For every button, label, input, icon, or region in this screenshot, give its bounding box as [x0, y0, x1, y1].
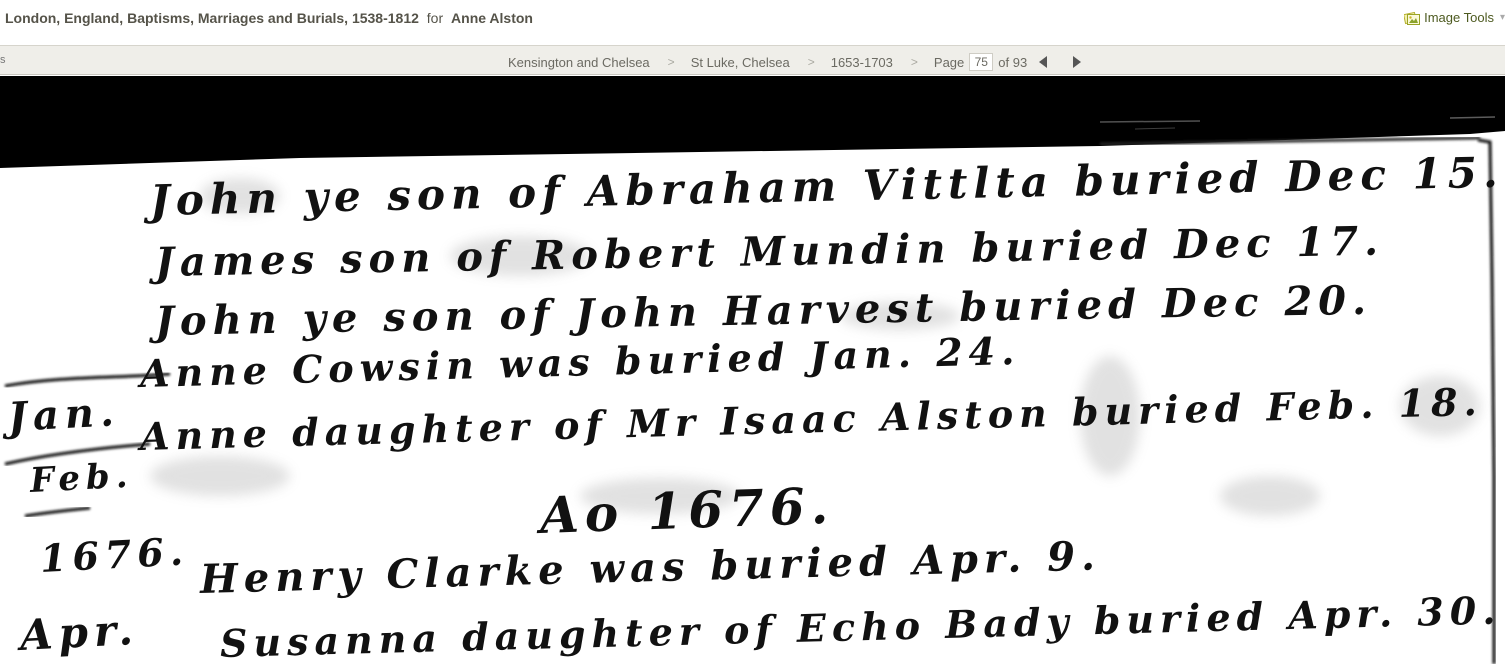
triangle-right-icon[interactable]: [1073, 56, 1081, 68]
page-title: London, England, Baptisms, Marriages and…: [5, 10, 533, 26]
breadcrumb-date-range[interactable]: 1653-1703: [831, 55, 893, 70]
margin-month: Apr.: [19, 605, 140, 660]
margin-month: Feb.: [29, 456, 134, 501]
collection-title[interactable]: London, England, Baptisms, Marriages and…: [5, 10, 419, 26]
image-icon: [1404, 11, 1420, 25]
year-heading: Ao 1676.: [539, 476, 835, 545]
breadcrumb-separator: >: [808, 55, 815, 69]
chevron-down-icon: ▾: [1500, 12, 1505, 23]
for-label: for: [427, 10, 443, 26]
breadcrumb-separator: >: [668, 55, 675, 69]
breadcrumb-separator: >: [911, 55, 918, 69]
triangle-left-icon[interactable]: [1039, 56, 1047, 68]
margin-year: 1676.: [39, 528, 190, 581]
collapsed-panel-edge[interactable]: s: [0, 54, 6, 66]
record-image-viewer[interactable]: John ye son of Abraham Vittlta buried De…: [0, 76, 1505, 664]
image-navigation-bar: s Kensington and Chelsea > St Luke, Chel…: [0, 46, 1505, 75]
record-header: London, England, Baptisms, Marriages and…: [0, 0, 1505, 46]
breadcrumb-parish[interactable]: St Luke, Chelsea: [691, 55, 790, 70]
page-total: of 93: [998, 55, 1027, 70]
image-tools-menu[interactable]: Image Tools ▾: [1404, 10, 1505, 25]
page-number-input[interactable]: [969, 53, 993, 71]
image-tools-label: Image Tools: [1424, 10, 1494, 25]
breadcrumb-borough[interactable]: Kensington and Chelsea: [508, 55, 650, 70]
breadcrumb: Kensington and Chelsea > St Luke, Chelse…: [508, 53, 1081, 71]
margin-month: Jan.: [7, 388, 121, 441]
person-name[interactable]: Anne Alston: [451, 10, 533, 26]
page-label: Page: [934, 55, 964, 70]
